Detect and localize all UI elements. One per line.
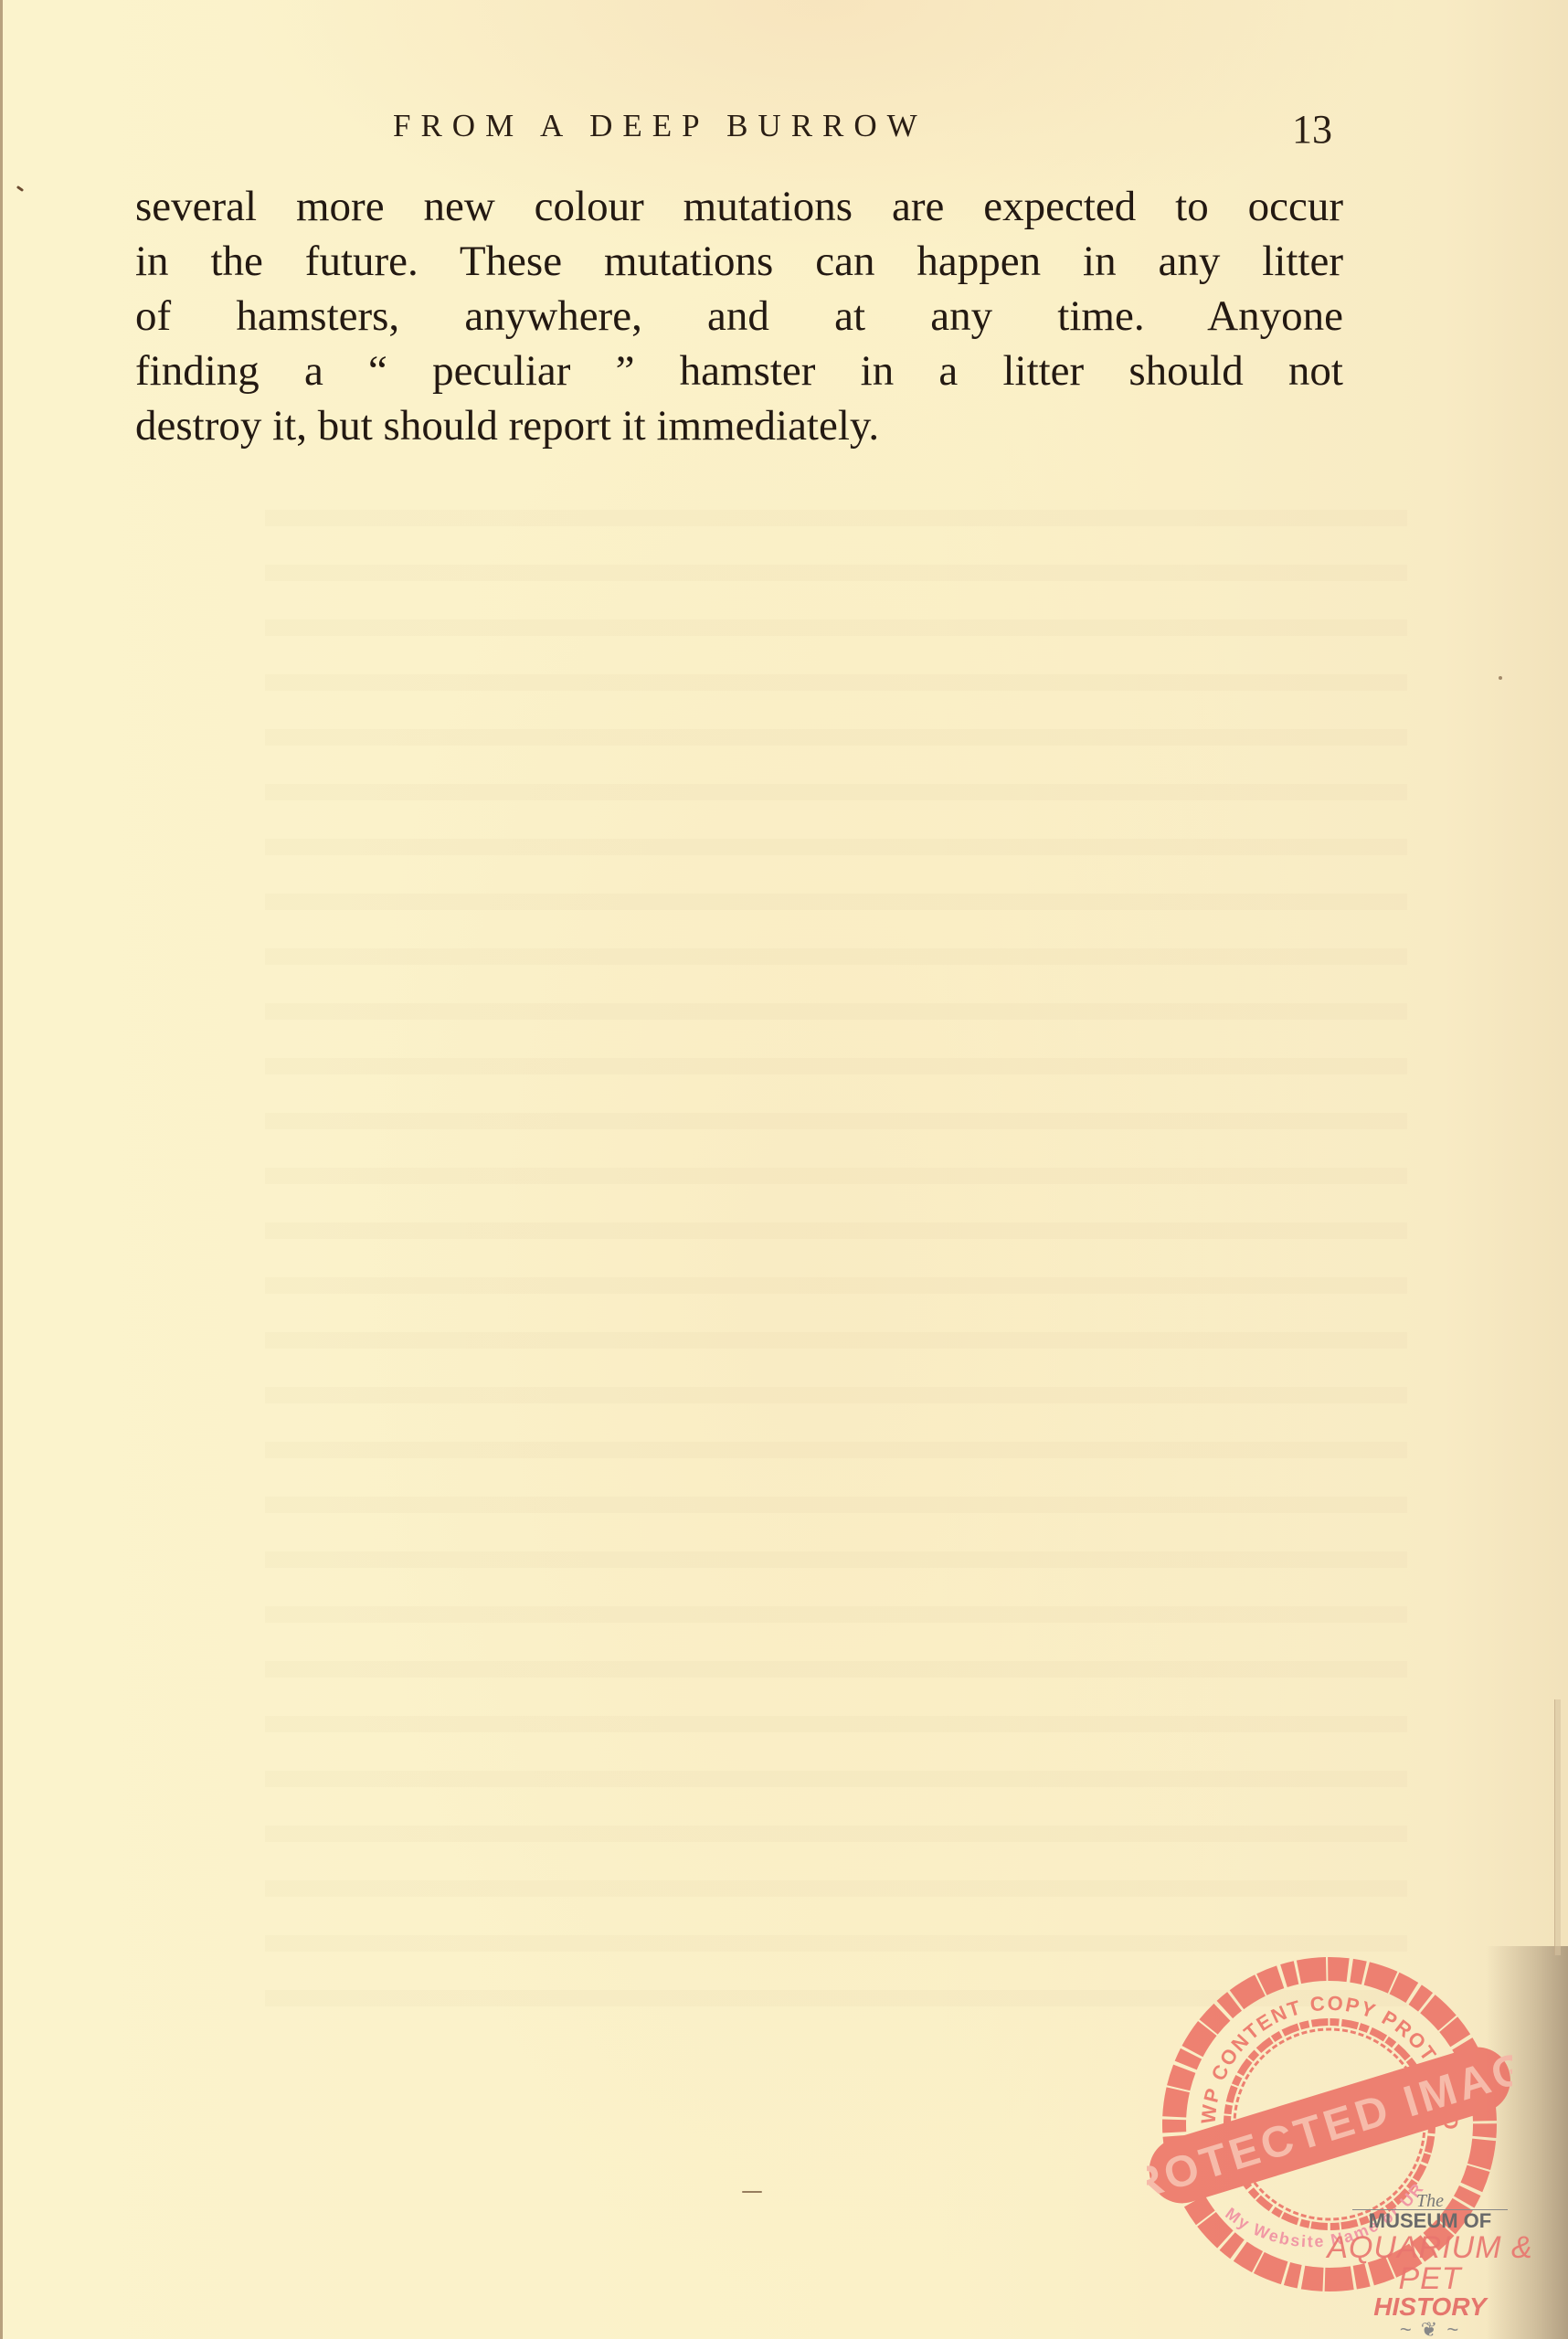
text-line: in the future. These mutations can happe…: [135, 234, 1343, 289]
paper-speck: [1499, 676, 1502, 680]
text-line: finding a “ peculiar ” hamster in a litt…: [135, 344, 1343, 398]
flourish-icon: ~ ❦ ~: [1316, 2320, 1544, 2339]
book-page: FROM A DEEP BURROW 13 several more new c…: [0, 0, 1568, 2339]
body-paragraph: several more new colour mutations are ex…: [135, 179, 1343, 453]
logo-line3: HISTORY: [1316, 2294, 1544, 2320]
page-right-strip: [1554, 1699, 1561, 1955]
logo-line1: MUSEUM OF: [1316, 2210, 1544, 2232]
paper-speck: [742, 2191, 762, 2193]
text-line: several more new colour mutations are ex…: [135, 179, 1343, 234]
text-line: destroy it, but should report it immedia…: [135, 398, 1343, 453]
bleed-through-text: [265, 475, 1407, 2028]
logo-the: The: [1352, 2193, 1508, 2210]
page-left-edge: [0, 0, 3, 2339]
museum-logo: The MUSEUM OF AQUARIUM & PET HISTORY ~ ❦…: [1316, 2193, 1544, 2302]
text-line: of hamsters, anywhere, and at any time. …: [135, 289, 1343, 344]
page-number: 13: [1292, 106, 1332, 153]
logo-line2: AQUARIUM & PET: [1316, 2232, 1544, 2294]
running-head: FROM A DEEP BURROW: [393, 108, 927, 144]
paper-speck: [16, 185, 24, 192]
